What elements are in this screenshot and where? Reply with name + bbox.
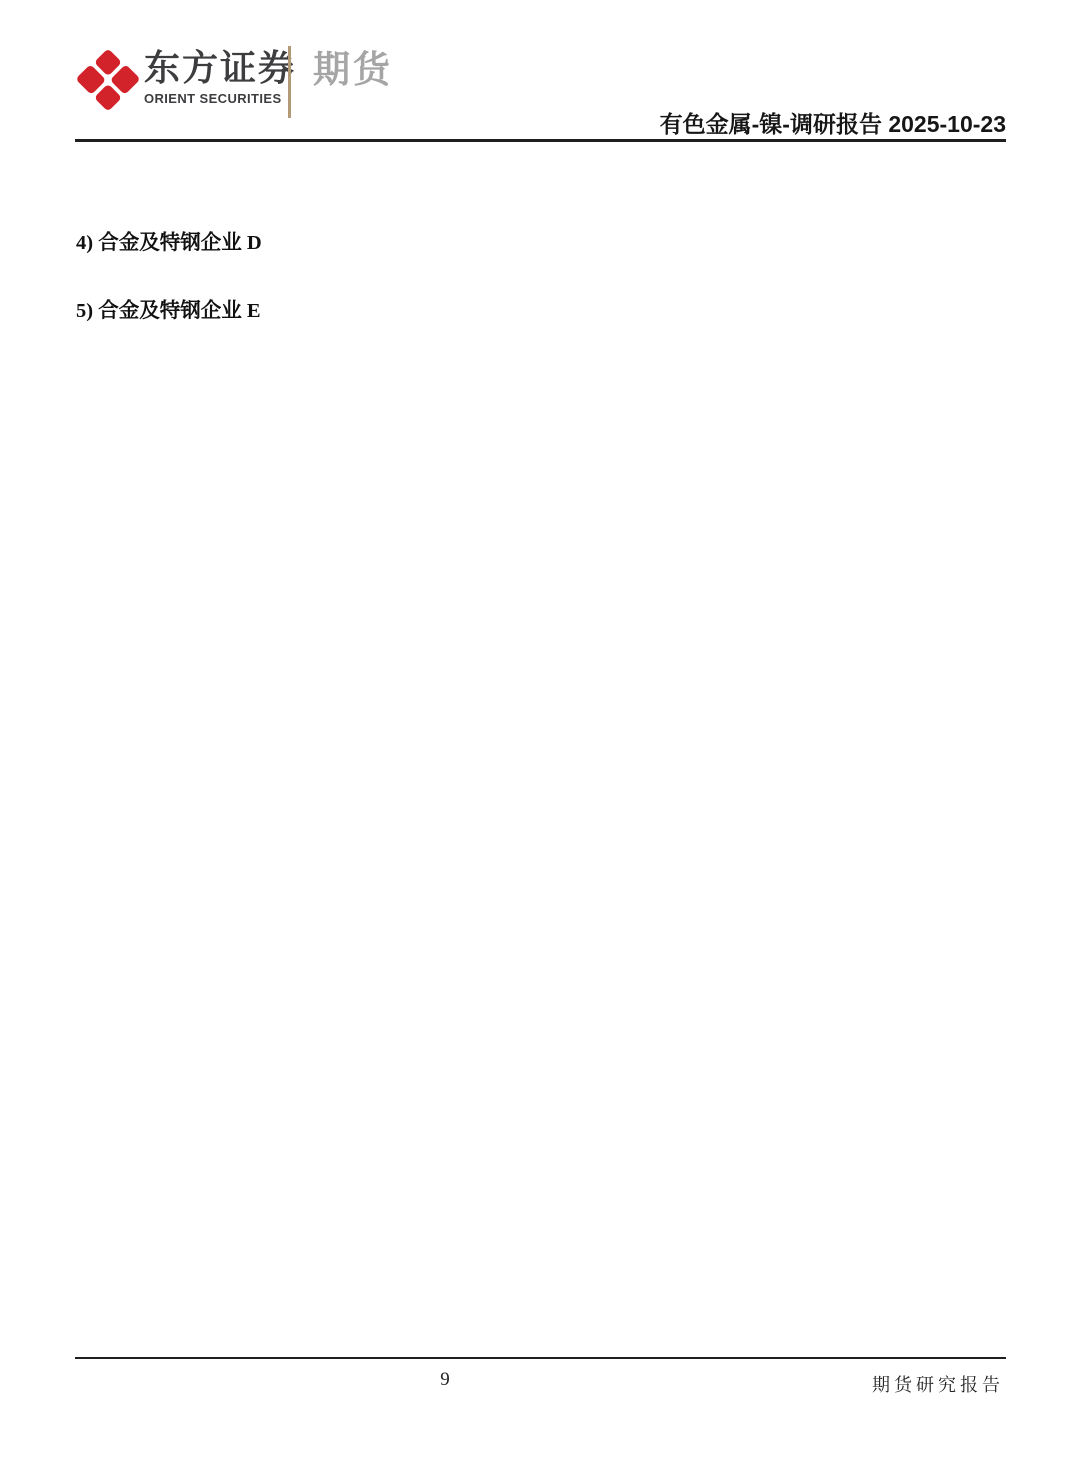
page-number: 9 [75, 1369, 815, 1391]
footer-rule [75, 1357, 1006, 1359]
orient-securities-logo-icon [76, 42, 140, 118]
section-heading: 4) 合金及特钢企业 D [76, 229, 1005, 257]
logo-diamonds [76, 47, 140, 112]
footer-report-type: 期货研究报告 [872, 1371, 1004, 1397]
brand-name-en: ORIENT SECURITIES [144, 91, 296, 106]
brand-divider [288, 46, 291, 118]
report-title: 有色金属-镍-调研报告 2025-10-23 [660, 106, 1006, 139]
header-rule [75, 139, 1006, 142]
brand-name-cn: 东方证券 [144, 48, 296, 88]
brand-text: 东方证券 ORIENT SECURITIES [144, 48, 296, 106]
division-label: 期货 [313, 50, 393, 90]
report-body: 4) 合金及特钢企业 D5) 合金及特钢企业 E [76, 189, 1005, 342]
report-page: 东方证券 ORIENT SECURITIES 期货 有色金属-镍-调研报告 20… [0, 0, 1080, 1465]
section-heading: 5) 合金及特钢企业 E [76, 297, 1005, 325]
